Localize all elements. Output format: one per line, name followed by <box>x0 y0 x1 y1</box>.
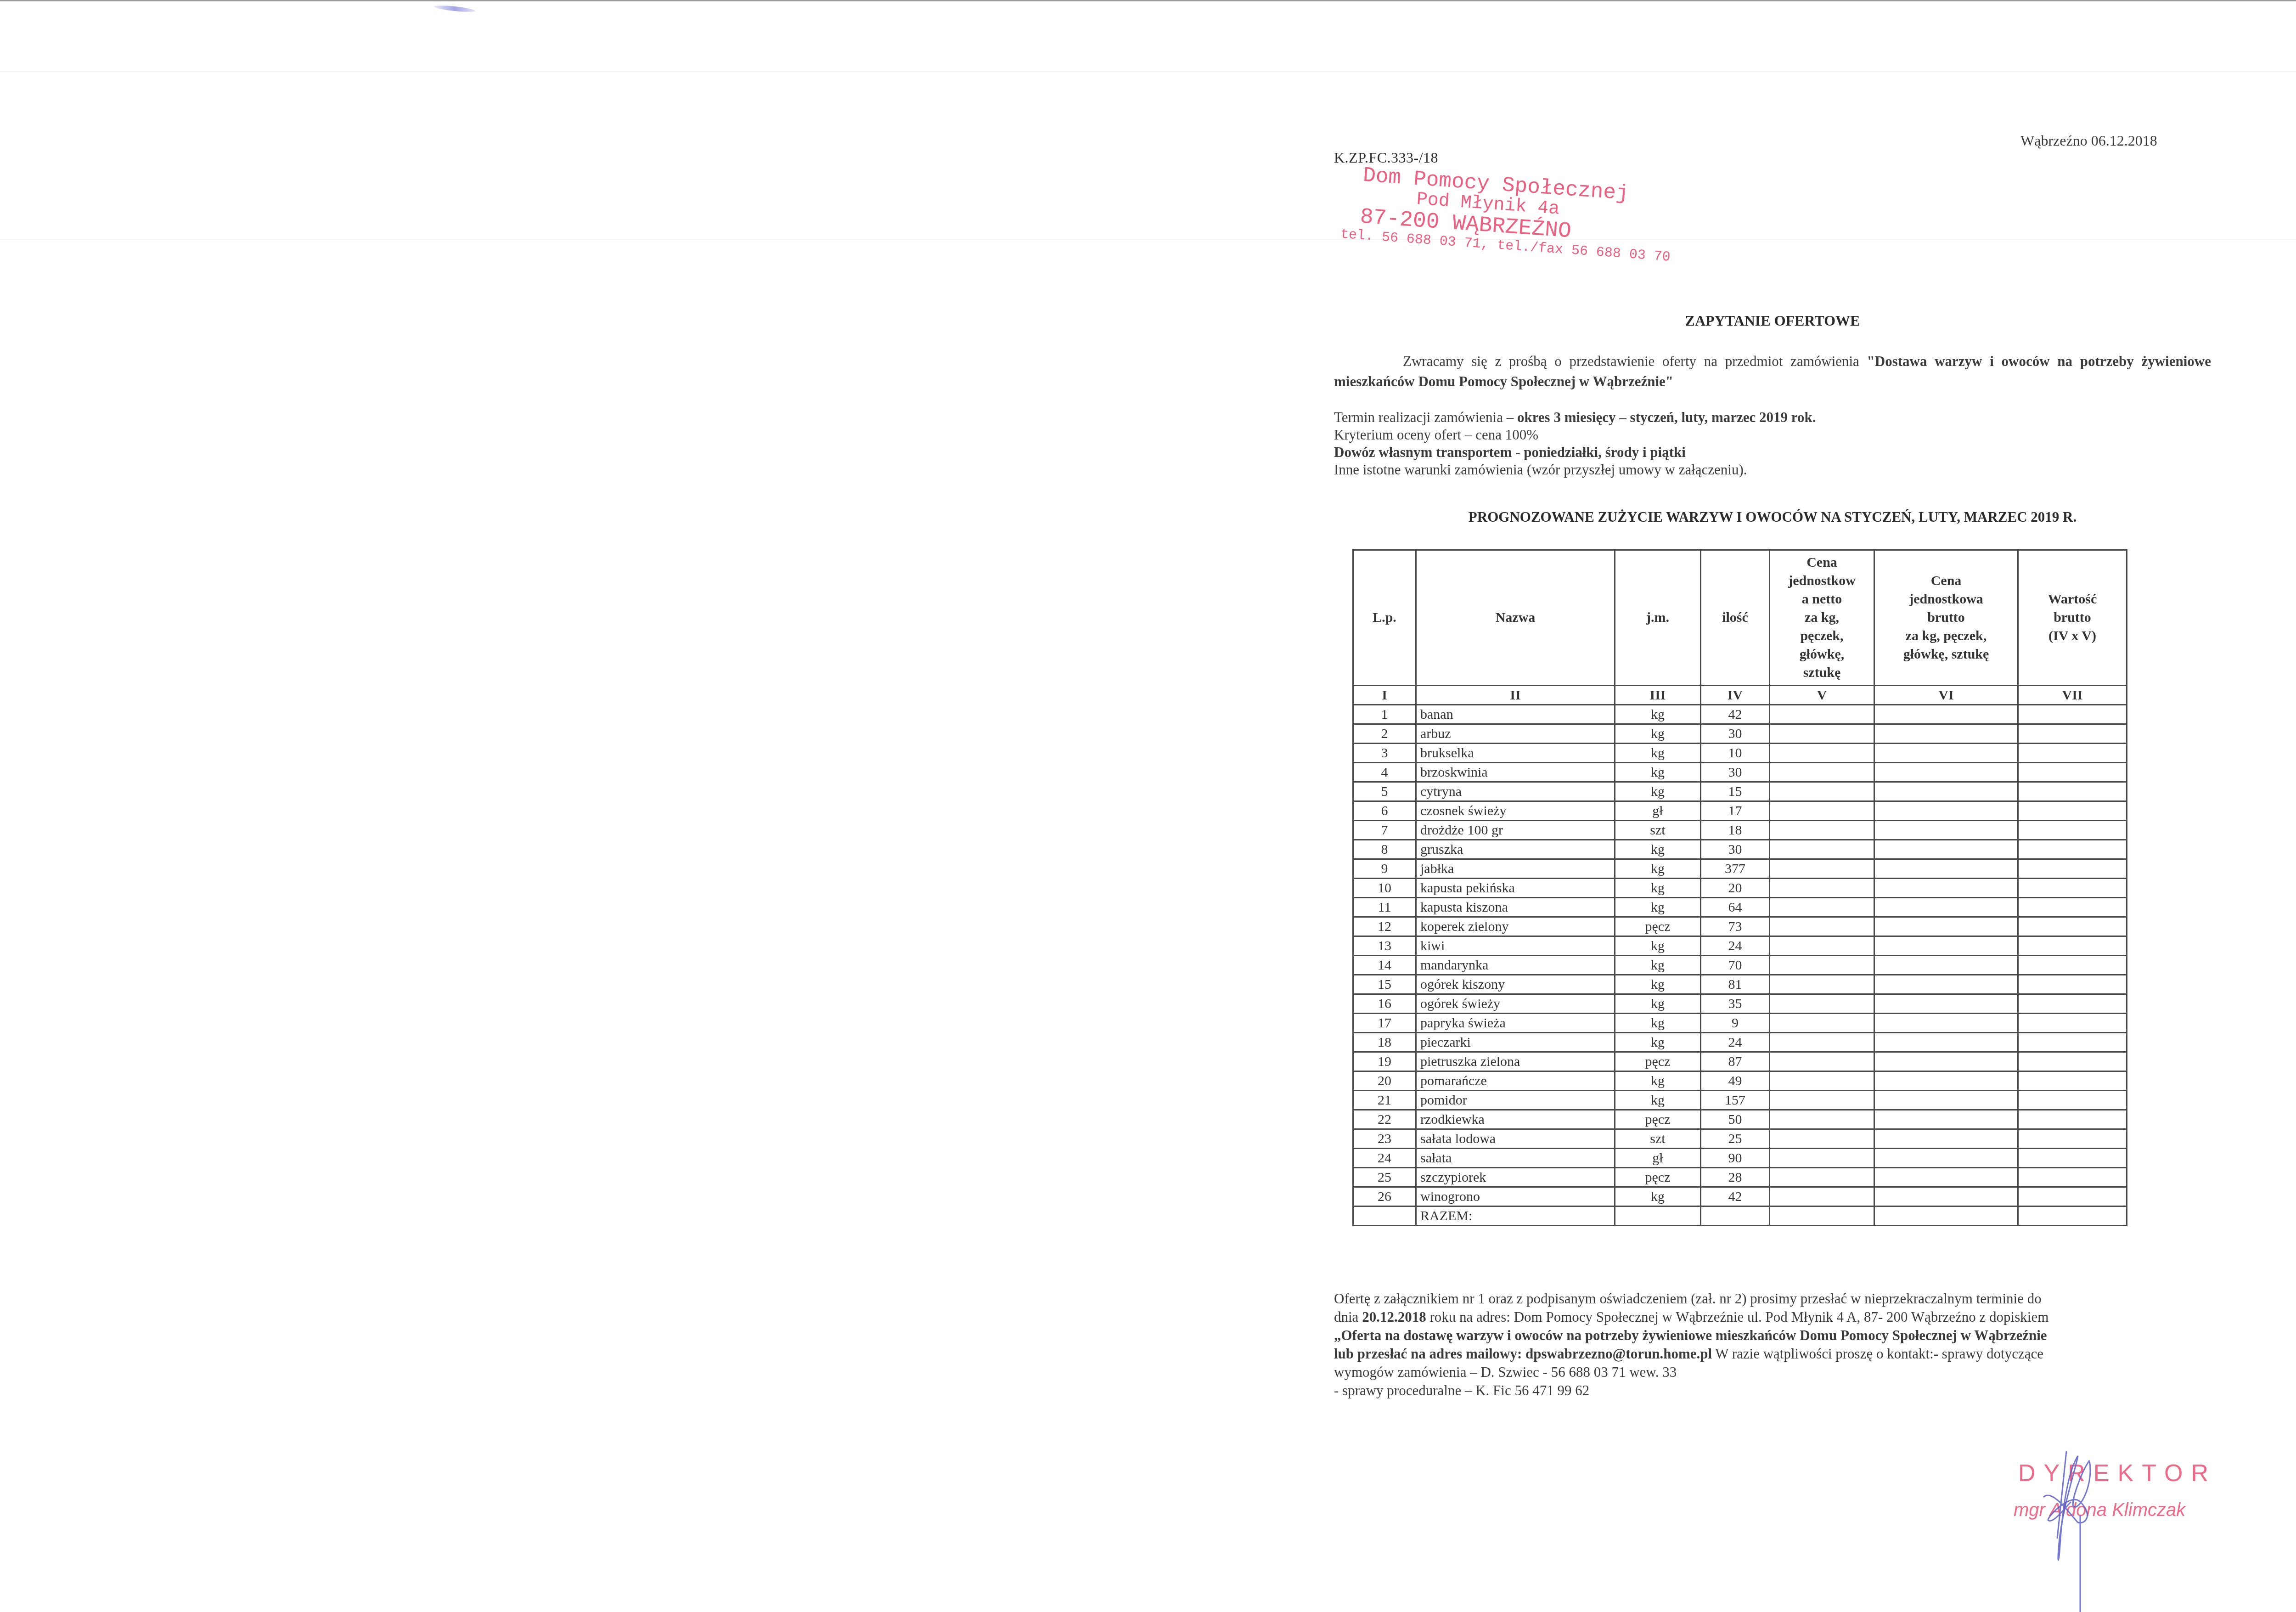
gross-price-cell[interactable] <box>1874 956 2018 975</box>
header-name: Nazwa <box>1416 550 1615 686</box>
item-quantity: 377 <box>1701 859 1770 879</box>
item-name: pietruszka zielona <box>1416 1052 1615 1071</box>
item-name: papryka świeża <box>1416 1014 1615 1033</box>
total-cell[interactable] <box>2018 1206 2127 1226</box>
item-unit: kg <box>1615 724 1701 744</box>
item-unit: szt <box>1615 1129 1701 1149</box>
row-number: 12 <box>1353 917 1416 936</box>
table-row: 11kapusta kiszonakg64 <box>1353 898 2127 917</box>
item-quantity: 35 <box>1701 994 1770 1014</box>
item-unit: kg <box>1615 1091 1701 1110</box>
item-unit: kg <box>1615 840 1701 859</box>
item-quantity: 20 <box>1701 879 1770 898</box>
row-number: 20 <box>1353 1071 1416 1091</box>
row-number: 16 <box>1353 994 1416 1014</box>
net-price-cell[interactable] <box>1770 879 1874 898</box>
submission-instructions: Ofertę z załącznikiem nr 1 oraz z podpis… <box>1334 1290 2211 1400</box>
column-numbers-row: IIIIIIIVVVIVII <box>1353 686 2127 705</box>
total-cell <box>1701 1206 1770 1226</box>
item-unit: kg <box>1615 859 1701 879</box>
item-name: czosnek świeży <box>1416 801 1615 821</box>
table-title: PROGNOZOWANE ZUŻYCIE WARZYW I OWOCÓW NA … <box>1334 509 2211 525</box>
row-number: 18 <box>1353 1033 1416 1052</box>
gross-value-cell[interactable] <box>2018 840 2127 859</box>
item-name: winogrono <box>1416 1187 1615 1206</box>
table-row: 20pomarańczekg49 <box>1353 1071 2127 1091</box>
item-name: koperek zielony <box>1416 917 1615 936</box>
gross-value-cell[interactable] <box>2018 705 2127 724</box>
item-quantity: 17 <box>1701 801 1770 821</box>
header-gross-value: Wartośćbrutto(IV x V) <box>2018 550 2127 686</box>
row-number: 22 <box>1353 1110 1416 1129</box>
delivery-line: Dowóz własnym transportem - poniedziałki… <box>1334 444 2211 461</box>
gross-price-cell[interactable] <box>1874 724 2018 744</box>
item-unit: kg <box>1615 744 1701 763</box>
gross-value-cell[interactable] <box>2018 879 2127 898</box>
table-row: 3brukselkakg10 <box>1353 744 2127 763</box>
table-row: 10kapusta pekińskakg20 <box>1353 879 2127 898</box>
net-price-cell[interactable] <box>1770 956 1874 975</box>
gross-value-cell[interactable] <box>2018 1091 2127 1110</box>
gross-price-cell[interactable] <box>1874 1129 2018 1149</box>
item-quantity: 42 <box>1701 705 1770 724</box>
item-name: szczypiorek <box>1416 1168 1615 1187</box>
item-quantity: 15 <box>1701 782 1770 801</box>
footer-text: W razie wątpliwości proszę o kontakt:- s… <box>1712 1346 2043 1362</box>
row-number: 13 <box>1353 936 1416 956</box>
row-number: 6 <box>1353 801 1416 821</box>
item-unit: pęcz <box>1615 1168 1701 1187</box>
gross-price-cell[interactable] <box>1874 840 2018 859</box>
header-lp: L.p. <box>1353 550 1416 686</box>
table-row: 25szczypiorekpęcz28 <box>1353 1168 2127 1187</box>
gross-price-cell[interactable] <box>1874 1110 2018 1129</box>
delivery-text: Dowóz własnym transportem - poniedziałki… <box>1334 444 1686 460</box>
gross-value-cell[interactable] <box>2018 1033 2127 1052</box>
table-row: 22rzodkiewkapęcz50 <box>1353 1110 2127 1129</box>
gross-value-cell[interactable] <box>2018 782 2127 801</box>
row-number: 3 <box>1353 744 1416 763</box>
term-value: okres 3 miesięcy – styczeń, luty, marzec… <box>1517 409 1816 425</box>
item-quantity: 24 <box>1701 936 1770 956</box>
ink-smudge <box>434 4 476 13</box>
net-price-cell[interactable] <box>1770 1033 1874 1052</box>
item-quantity: 73 <box>1701 917 1770 936</box>
item-quantity: 42 <box>1701 1187 1770 1206</box>
gross-price-cell[interactable] <box>1874 975 2018 994</box>
footer-line: dnia 20.12.2018 roku na adres: Dom Pomoc… <box>1334 1308 2211 1326</box>
item-unit: gł <box>1615 801 1701 821</box>
item-name: banan <box>1416 705 1615 724</box>
term-line: Termin realizacji zamówienia – okres 3 m… <box>1334 409 2211 426</box>
gross-value-cell[interactable] <box>2018 1168 2127 1187</box>
total-cell <box>1615 1206 1701 1226</box>
scan-artifact-line <box>0 239 2296 240</box>
item-unit: kg <box>1615 1014 1701 1033</box>
net-price-cell[interactable] <box>1770 1071 1874 1091</box>
item-name: rzodkiewka <box>1416 1110 1615 1129</box>
net-price-cell[interactable] <box>1770 705 1874 724</box>
total-cell[interactable] <box>1874 1206 2018 1226</box>
table-row: 9jabłkakg377 <box>1353 859 2127 879</box>
item-name: kiwi <box>1416 936 1615 956</box>
gross-value-cell[interactable] <box>2018 1014 2127 1033</box>
gross-price-cell[interactable] <box>1874 879 2018 898</box>
gross-price-cell[interactable] <box>1874 1187 2018 1206</box>
net-price-cell[interactable] <box>1770 724 1874 744</box>
item-name: gruszka <box>1416 840 1615 859</box>
item-unit: pęcz <box>1615 917 1701 936</box>
row-number: 7 <box>1353 821 1416 840</box>
item-name: brzoskwinia <box>1416 763 1615 782</box>
intro-paragraph: Zwracamy się z prośbą o przedstawienie o… <box>1334 351 2211 392</box>
table-row: 21pomidorkg157 <box>1353 1091 2127 1110</box>
net-price-cell[interactable] <box>1770 1091 1874 1110</box>
column-number: IV <box>1701 686 1770 705</box>
gross-value-cell[interactable] <box>2018 821 2127 840</box>
net-price-cell[interactable] <box>1770 821 1874 840</box>
item-unit: kg <box>1615 879 1701 898</box>
gross-value-cell[interactable] <box>2018 1071 2127 1091</box>
item-quantity: 70 <box>1701 956 1770 975</box>
gross-value-cell[interactable] <box>2018 917 2127 936</box>
row-number: 11 <box>1353 898 1416 917</box>
row-number: 17 <box>1353 1014 1416 1033</box>
handwritten-signature <box>2039 1447 2131 1612</box>
table-row: 16ogórek świeżykg35 <box>1353 994 2127 1014</box>
footer-line: lub przesłać na adres mailowy: dpswabrze… <box>1334 1345 2211 1363</box>
table-row: 8gruszkakg30 <box>1353 840 2127 859</box>
gross-value-cell[interactable] <box>2018 975 2127 994</box>
gross-price-cell[interactable] <box>1874 917 2018 936</box>
row-number: 15 <box>1353 975 1416 994</box>
header-net-price: Cenajednostkowa nettoza kg,pęczek,główkę… <box>1770 550 1874 686</box>
row-number: 23 <box>1353 1129 1416 1149</box>
item-quantity: 49 <box>1701 1071 1770 1091</box>
row-number: 24 <box>1353 1149 1416 1168</box>
item-unit: kg <box>1615 975 1701 994</box>
net-price-cell[interactable] <box>1770 744 1874 763</box>
gross-value-cell[interactable] <box>2018 763 2127 782</box>
gross-price-cell[interactable] <box>1874 1091 2018 1110</box>
row-number: 14 <box>1353 956 1416 975</box>
place-and-date: Wąbrzeźno 06.12.2018 <box>2020 132 2157 149</box>
footer-text: roku na adres: Dom Pomocy Społecznej w W… <box>1426 1309 2049 1325</box>
footer-line: wymogów zamówienia – D. Szwiec - 56 688 … <box>1334 1363 2211 1381</box>
terms-block: Termin realizacji zamówienia – okres 3 m… <box>1334 409 2211 479</box>
net-price-cell[interactable] <box>1770 1129 1874 1149</box>
item-unit: szt <box>1615 821 1701 840</box>
item-name: pieczarki <box>1416 1033 1615 1052</box>
gross-value-cell[interactable] <box>2018 1129 2127 1149</box>
table-row: 7drożdże 100 grszt18 <box>1353 821 2127 840</box>
column-number: II <box>1416 686 1615 705</box>
net-price-cell[interactable] <box>1770 801 1874 821</box>
item-quantity: 157 <box>1701 1091 1770 1110</box>
table-row: 23sałata lodowaszt25 <box>1353 1129 2127 1149</box>
net-price-cell[interactable] <box>1770 898 1874 917</box>
row-number: 1 <box>1353 705 1416 724</box>
item-quantity: 90 <box>1701 1149 1770 1168</box>
gross-price-cell[interactable] <box>1874 801 2018 821</box>
gross-price-cell[interactable] <box>1874 1033 2018 1052</box>
net-price-cell[interactable] <box>1770 859 1874 879</box>
table-row: 18pieczarkikg24 <box>1353 1033 2127 1052</box>
footer-line: „Oferta na dostawę warzyw i owoców na po… <box>1334 1326 2211 1345</box>
gross-value-cell[interactable] <box>2018 1110 2127 1129</box>
item-name: pomarańcze <box>1416 1071 1615 1091</box>
total-row: RAZEM: <box>1353 1206 2127 1226</box>
gross-price-cell[interactable] <box>1874 1149 2018 1168</box>
row-number: 5 <box>1353 782 1416 801</box>
item-unit: pęcz <box>1615 1110 1701 1129</box>
gross-value-cell[interactable] <box>2018 936 2127 956</box>
gross-price-cell[interactable] <box>1874 1071 2018 1091</box>
item-quantity: 25 <box>1701 1129 1770 1149</box>
total-cell <box>1353 1206 1416 1226</box>
header-unit: j.m. <box>1615 550 1701 686</box>
header-gross-price: Cenajednostkowabruttoza kg, pęczek,główk… <box>1874 550 2018 686</box>
item-unit: kg <box>1615 763 1701 782</box>
row-number: 9 <box>1353 859 1416 879</box>
deadline-date: 20.12.2018 <box>1362 1309 1426 1325</box>
table-row: 14mandarynkakg70 <box>1353 956 2127 975</box>
other-conditions-line: Inne istotne warunki zamówienia (wzór pr… <box>1334 461 2211 479</box>
gross-value-cell[interactable] <box>2018 859 2127 879</box>
header-qty: ilość <box>1701 550 1770 686</box>
criteria-line: Kryterium oceny ofert – cena 100% <box>1334 426 2211 444</box>
item-unit: pęcz <box>1615 1052 1701 1071</box>
gross-price-cell[interactable] <box>1874 1168 2018 1187</box>
row-number: 21 <box>1353 1091 1416 1110</box>
item-unit: kg <box>1615 1187 1701 1206</box>
table-row: 26winogronokg42 <box>1353 1187 2127 1206</box>
item-name: ogórek kiszony <box>1416 975 1615 994</box>
net-price-cell[interactable] <box>1770 1187 1874 1206</box>
item-quantity: 30 <box>1701 840 1770 859</box>
table-body: 1banankg422arbuzkg303brukselkakg104brzos… <box>1353 705 2127 1226</box>
column-number: III <box>1615 686 1701 705</box>
net-price-cell[interactable] <box>1770 840 1874 859</box>
footer-text: dnia <box>1334 1309 1362 1325</box>
gross-price-cell[interactable] <box>1874 936 2018 956</box>
gross-price-cell[interactable] <box>1874 782 2018 801</box>
net-price-cell[interactable] <box>1770 1149 1874 1168</box>
table-row: 19pietruszka zielonapęcz87 <box>1353 1052 2127 1071</box>
table-row: 2arbuzkg30 <box>1353 724 2127 744</box>
column-number: VII <box>2018 686 2127 705</box>
item-unit: gł <box>1615 1149 1701 1168</box>
total-label: RAZEM: <box>1416 1206 1615 1226</box>
item-quantity: 81 <box>1701 975 1770 994</box>
table-row: 5cytrynakg15 <box>1353 782 2127 801</box>
row-number: 8 <box>1353 840 1416 859</box>
item-unit: kg <box>1615 705 1701 724</box>
scan-artifact-line <box>0 71 2296 72</box>
gross-price-cell[interactable] <box>1874 898 2018 917</box>
footer-line: - sprawy proceduralne – K. Fic 56 471 99… <box>1334 1381 2211 1400</box>
item-unit: kg <box>1615 936 1701 956</box>
item-name: pomidor <box>1416 1091 1615 1110</box>
item-quantity: 9 <box>1701 1014 1770 1033</box>
item-unit: kg <box>1615 994 1701 1014</box>
item-name: brukselka <box>1416 744 1615 763</box>
column-number: V <box>1770 686 1874 705</box>
gross-price-cell[interactable] <box>1874 705 2018 724</box>
item-quantity: 10 <box>1701 744 1770 763</box>
intro-text: Zwracamy się z prośbą o przedstawienie o… <box>1403 353 1867 369</box>
column-number: I <box>1353 686 1416 705</box>
item-name: drożdże 100 gr <box>1416 821 1615 840</box>
net-price-cell[interactable] <box>1770 936 1874 956</box>
item-quantity: 30 <box>1701 763 1770 782</box>
row-number: 2 <box>1353 724 1416 744</box>
total-cell[interactable] <box>1770 1206 1874 1226</box>
item-name: arbuz <box>1416 724 1615 744</box>
table-row: 17papryka świeżakg9 <box>1353 1014 2127 1033</box>
net-price-cell[interactable] <box>1770 763 1874 782</box>
item-name: sałata lodowa <box>1416 1129 1615 1149</box>
net-price-cell[interactable] <box>1770 1052 1874 1071</box>
item-quantity: 30 <box>1701 724 1770 744</box>
item-name: sałata <box>1416 1149 1615 1168</box>
net-price-cell[interactable] <box>1770 917 1874 936</box>
table-row: 4brzoskwiniakg30 <box>1353 763 2127 782</box>
table-row: 13kiwikg24 <box>1353 936 2127 956</box>
forecast-table: L.p. Nazwa j.m. ilość Cenajednostkowa ne… <box>1352 549 2127 1226</box>
gross-price-cell[interactable] <box>1874 859 2018 879</box>
item-unit: kg <box>1615 1071 1701 1091</box>
footer-line: Ofertę z załącznikiem nr 1 oraz z podpis… <box>1334 1290 2211 1308</box>
item-name: cytryna <box>1416 782 1615 801</box>
institution-stamp: Dom Pomocy Społecznej Pod Młynik 4a 87-2… <box>1340 163 1630 262</box>
document-title: ZAPYTANIE OFERTOWE <box>1334 312 2211 329</box>
net-price-cell[interactable] <box>1770 1014 1874 1033</box>
net-price-cell[interactable] <box>1770 1110 1874 1129</box>
table-row: 1banankg42 <box>1353 705 2127 724</box>
net-price-cell[interactable] <box>1770 975 1874 994</box>
item-unit: kg <box>1615 956 1701 975</box>
item-unit: kg <box>1615 898 1701 917</box>
gross-price-cell[interactable] <box>1874 821 2018 840</box>
row-number: 25 <box>1353 1168 1416 1187</box>
item-quantity: 24 <box>1701 1033 1770 1052</box>
item-name: jabłka <box>1416 859 1615 879</box>
gross-price-cell[interactable] <box>1874 744 2018 763</box>
row-number: 4 <box>1353 763 1416 782</box>
gross-value-cell[interactable] <box>2018 724 2127 744</box>
item-quantity: 50 <box>1701 1110 1770 1129</box>
gross-value-cell[interactable] <box>2018 898 2127 917</box>
item-quantity: 18 <box>1701 821 1770 840</box>
gross-value-cell[interactable] <box>2018 744 2127 763</box>
gross-value-cell[interactable] <box>2018 801 2127 821</box>
gross-price-cell[interactable] <box>1874 763 2018 782</box>
row-number: 19 <box>1353 1052 1416 1071</box>
item-unit: kg <box>1615 1033 1701 1052</box>
item-name: ogórek świeży <box>1416 994 1615 1014</box>
gross-value-cell[interactable] <box>2018 1187 2127 1206</box>
gross-value-cell[interactable] <box>2018 956 2127 975</box>
item-quantity: 87 <box>1701 1052 1770 1071</box>
column-number: VI <box>1874 686 2018 705</box>
envelope-note: „Oferta na dostawę warzyw i owoców na po… <box>1334 1327 2047 1343</box>
net-price-cell[interactable] <box>1770 782 1874 801</box>
item-name: kapusta kiszona <box>1416 898 1615 917</box>
item-name: kapusta pekińska <box>1416 879 1615 898</box>
row-number: 26 <box>1353 1187 1416 1206</box>
gross-price-cell[interactable] <box>1874 1014 2018 1033</box>
table-row: 6czosnek świeżygł17 <box>1353 801 2127 821</box>
table-row: 15ogórek kiszonykg81 <box>1353 975 2127 994</box>
net-price-cell[interactable] <box>1770 994 1874 1014</box>
gross-value-cell[interactable] <box>2018 1149 2127 1168</box>
email-address[interactable]: lub przesłać na adres mailowy: dpswabrze… <box>1334 1346 1712 1362</box>
item-name: mandarynka <box>1416 956 1615 975</box>
gross-value-cell[interactable] <box>2018 994 2127 1014</box>
net-price-cell[interactable] <box>1770 1168 1874 1187</box>
gross-price-cell[interactable] <box>1874 1052 2018 1071</box>
row-number: 10 <box>1353 879 1416 898</box>
item-quantity: 28 <box>1701 1168 1770 1187</box>
table-row: 24sałatagł90 <box>1353 1149 2127 1168</box>
gross-value-cell[interactable] <box>2018 1052 2127 1071</box>
gross-price-cell[interactable] <box>1874 994 2018 1014</box>
item-unit: kg <box>1615 782 1701 801</box>
term-label: Termin realizacji zamówienia – <box>1334 409 1517 425</box>
table-row: 12koperek zielonypęcz73 <box>1353 917 2127 936</box>
item-quantity: 64 <box>1701 898 1770 917</box>
scan-edge-line <box>0 0 2296 1</box>
